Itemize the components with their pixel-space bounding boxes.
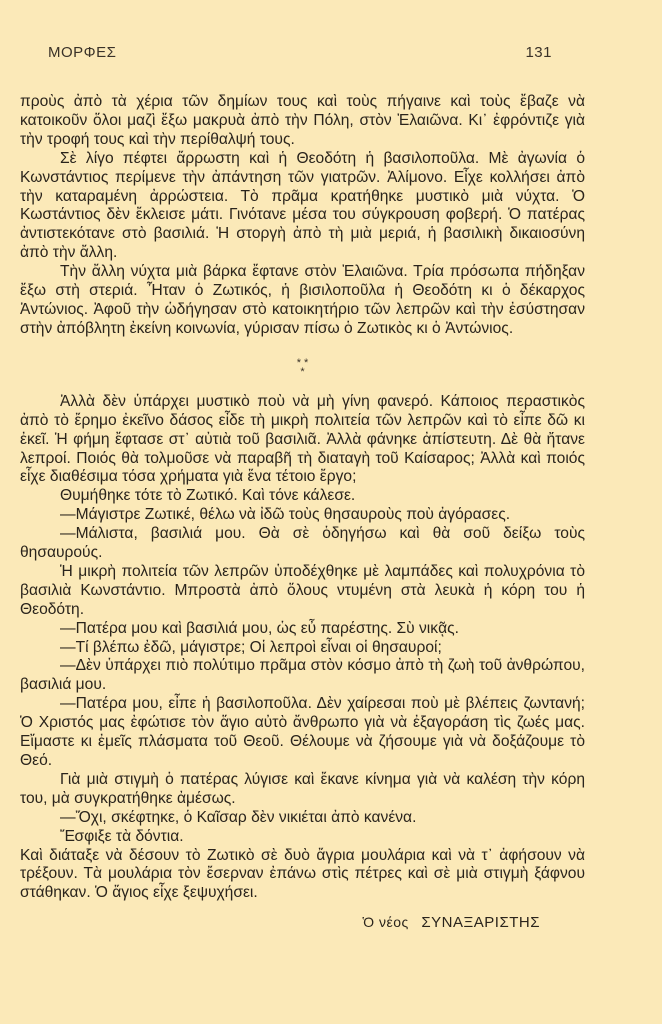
paragraph: Τὴν ἄλλη νύχτα μιὰ βάρκα ἔφτανε στὸν Ἐλα… (20, 263, 585, 339)
running-head: ΜΟΡΦΕΣ 131 (48, 44, 552, 61)
paragraphs-after-break: Ἀλλὰ δὲν ὑπάρχει μυστικὸ ποὺ νὰ μὴ γίνη … (20, 393, 585, 903)
section-break-asterism: * * * (20, 359, 585, 377)
paragraph: —Πατέρα μου, εἶπε ἡ βασιλοποῦλα. Δὲν χαί… (20, 695, 585, 771)
document-page: ΜΟΡΦΕΣ 131 προὺς ἀπὸ τὰ χέρια τῶν δημίων… (0, 0, 662, 1024)
asterism-bottom: * (20, 368, 585, 377)
paragraph: —Πατέρα μου καὶ βασιλιά μου, ὡς εὖ παρέσ… (20, 620, 585, 639)
paragraphs-before-break: προὺς ἀπὸ τὰ χέρια τῶν δημίων τους καὶ τ… (20, 93, 585, 339)
article-body: προὺς ἀπὸ τὰ χέρια τῶν δημίων τους καὶ τ… (20, 93, 585, 933)
paragraph: Ἡ μικρὴ πολιτεία τῶν λεπρῶν ὑποδέχθηκε μ… (20, 563, 585, 620)
paragraph: —Δὲν ὑπάρχει πιὸ πολύτιμο πρᾶμα στὸν κόσ… (20, 657, 585, 695)
paragraph: Θυμήθηκε τότε τὸ Ζωτικό. Καὶ τόνε κάλεσε… (20, 487, 585, 506)
signature-name: ΣΥΝΑΞΑΡΙΣΤΗΣ (421, 914, 540, 931)
signature-prefix: Ὁ νέος (362, 914, 408, 930)
author-signature: Ὁ νέος ΣΥΝΑΞΑΡΙΣΤΗΣ (20, 913, 585, 933)
paragraph: προὺς ἀπὸ τὰ χέρια τῶν δημίων τους καὶ τ… (20, 93, 585, 150)
page-number: 131 (525, 44, 552, 61)
paragraph: —Ὄχι, σκέφτηκε, ὁ Καῖσαρ δὲν νικιέται ἀπ… (20, 809, 585, 828)
paragraph: —Μάλιστα, βασιλιά μου. Θὰ σὲ ὁδηγήσω καὶ… (20, 525, 585, 563)
paragraph: Σὲ λίγο πέφτει ἄρρωστη καὶ ἡ Θεοδότη ἡ β… (20, 150, 585, 263)
paragraph: Ἔσφιξε τὰ δόντια. (20, 828, 585, 847)
paragraph: —Μάγιστρε Ζωτικέ, θέλω νὰ ἰδῶ τοὺς θησαυ… (20, 506, 585, 525)
paragraph: Ἀλλὰ δὲν ὑπάρχει μυστικὸ ποὺ νὰ μὴ γίνη … (20, 393, 585, 488)
paragraph: Γιὰ μιὰ στιγμὴ ὁ πατέρας λύγισε καὶ ἔκαν… (20, 771, 585, 809)
journal-title: ΜΟΡΦΕΣ (48, 44, 116, 61)
paragraph: Καὶ διάταξε νὰ δέσουν τὸ Ζωτικὸ σὲ δυὸ ἄ… (20, 847, 585, 904)
paragraph: —Τί βλέπω ἐδῶ, μάγιστρε; Οἱ λεπροὶ εἶναι… (20, 639, 585, 658)
